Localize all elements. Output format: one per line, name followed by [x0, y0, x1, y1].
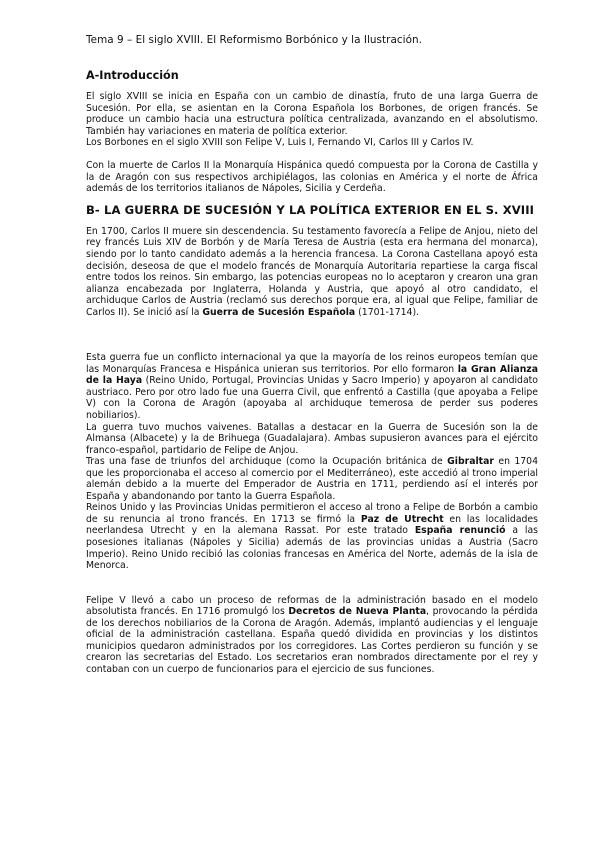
bold-term: Guerra de Sucesión Española	[202, 307, 355, 318]
section-b-heading: B- LA GUERRA DE SUCESIÓN Y LA POLÍTICA E…	[86, 203, 538, 217]
spacer	[86, 195, 538, 203]
bold-term: España renunció	[415, 525, 506, 536]
spacer	[86, 318, 538, 352]
text: Tras una fase de triunfos del archiduque…	[86, 456, 447, 467]
spacer	[86, 149, 538, 161]
text: (1701-1714).	[355, 307, 419, 318]
section-a-paragraph-3: Con la muerte de Carlos II la Monarquía …	[86, 160, 538, 195]
document-title: Tema 9 – El siglo XVIII. El Reformismo B…	[86, 34, 538, 47]
bold-term: Paz de Utrecht	[361, 514, 444, 525]
bold-term: Decretos de Nueva Planta	[288, 606, 426, 617]
bold-term: Gibraltar	[447, 456, 494, 467]
section-b-paragraph-2: Esta guerra fue un conflicto internacion…	[86, 352, 538, 421]
spacer	[86, 572, 538, 595]
section-a-heading: A-Introducción	[86, 69, 538, 83]
text: En 1700, Carlos II muere sin descendenci…	[86, 226, 538, 318]
section-b-paragraph-5: Reinos Unido y las Provincias Unidas per…	[86, 502, 538, 571]
section-b-paragraph-6: Felipe V llevó a cabo un proceso de refo…	[86, 595, 538, 676]
section-a-paragraph-1: El siglo XVIII se inicia en España con u…	[86, 91, 538, 137]
text: (Reino Unido, Portugal, Provincias Unida…	[86, 375, 538, 421]
section-b-paragraph-3: La guerra tuvo muchos vaivenes. Batallas…	[86, 422, 538, 457]
section-a-paragraph-2: Los Borbones en el siglo XVIII son Felip…	[86, 137, 538, 149]
section-b-paragraph-1: En 1700, Carlos II muere sin descendenci…	[86, 226, 538, 318]
section-b-paragraph-4: Tras una fase de triunfos del archiduque…	[86, 456, 538, 502]
document-page: Tema 9 – El siglo XVIII. El Reformismo B…	[86, 34, 538, 675]
